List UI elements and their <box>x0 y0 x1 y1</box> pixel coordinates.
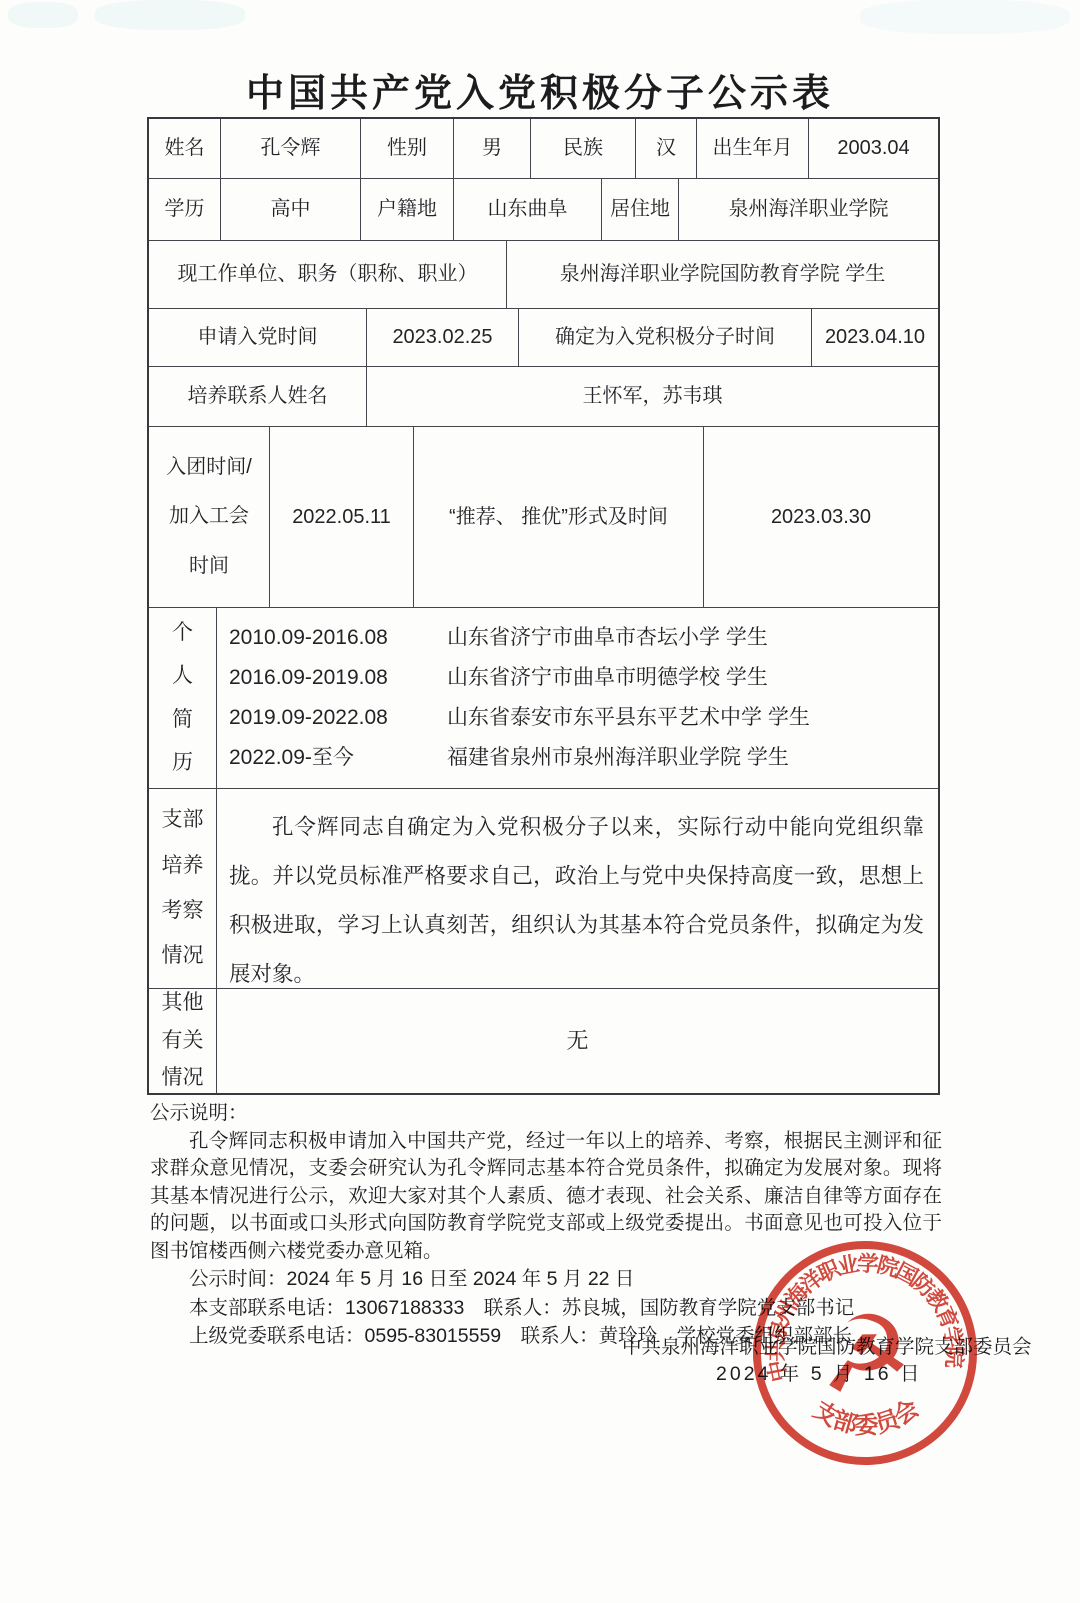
resume-period: 2016.09-2019.08 <box>229 664 447 692</box>
league-time-label: 入团时间/ 加入工会 时间 <box>149 427 270 607</box>
hammer-sickle-icon: ☭ <box>814 1290 916 1418</box>
resume-period: 2022.09-至今 <box>229 744 447 772</box>
scanned-document-page: 中国共产党入党积极分子公示表 姓名 孔令辉 性别 男 民族 汉 出生年月 200… <box>0 0 1080 1603</box>
ethnicity-label: 民族 <box>531 119 636 178</box>
other-label-line: 有关 <box>162 1027 204 1055</box>
resume-label-char: 简 <box>172 706 193 734</box>
league-time-value: 2022.05.11 <box>270 427 414 607</box>
education-value: 高中 <box>221 179 361 240</box>
branch-review-text-cell: 孔令辉同志自确定为入党积极分子以来，实际行动中能向党组织靠拢。并以党员标准严格要… <box>217 789 938 988</box>
residence-label: 居住地 <box>602 179 679 240</box>
table-row: 入团时间/ 加入工会 时间 2022.05.11 “推荐、 推优”形式及时间 2… <box>149 427 938 608</box>
apply-date-value: 2023.02.25 <box>367 309 519 366</box>
scan-artifact <box>95 0 245 30</box>
gender-value: 男 <box>454 119 531 178</box>
league-label-line: 入团时间/ <box>166 454 252 481</box>
sponsor-label: 培养联系人姓名 <box>149 367 367 426</box>
official-seal: 中共泉州海洋职业学院国防教育学院 支部委员会 ☭ <box>737 1225 993 1481</box>
scan-artifact <box>860 0 1070 34</box>
league-label-line: 时间 <box>189 553 229 580</box>
resume-entries: 2010.09-2016.08 山东省济宁市曲阜市杏坛小学 学生 2016.09… <box>217 608 938 788</box>
resume-desc: 山东省济宁市曲阜市杏坛小学 学生 <box>447 624 938 652</box>
recommend-value: 2023.03.30 <box>704 427 938 607</box>
sponsor-value: 王怀军，苏韦琪 <box>367 367 938 426</box>
name-label: 姓名 <box>149 119 221 178</box>
other-label-line: 情况 <box>162 1064 204 1092</box>
confirm-date-value: 2023.04.10 <box>812 309 938 366</box>
page-title: 中国共产党入党积极分子公示表 <box>0 62 1080 117</box>
table-row: 其他 有关 情况 无 <box>149 989 938 1093</box>
notice-heading: 公示说明： <box>150 1100 942 1128</box>
work-unit-label: 现工作单位、职务（职称、职业） <box>149 241 507 308</box>
resume-desc: 山东省济宁市曲阜市明德学校 学生 <box>447 664 938 692</box>
birth-label: 出生年月 <box>697 119 809 178</box>
name-value: 孔令辉 <box>221 119 361 178</box>
resume-entry: 2019.09-2022.08 山东省泰安市东平县东平艺术中学 学生 <box>229 704 938 732</box>
table-row: 申请入党时间 2023.02.25 确定为入党积极分子时间 2023.04.10 <box>149 309 938 367</box>
gender-label: 性别 <box>361 119 454 178</box>
review-label-line: 考察 <box>162 897 204 925</box>
resume-label-char: 人 <box>172 662 193 690</box>
resume-label-char: 个 <box>172 619 193 647</box>
resume-desc: 山东省泰安市东平县东平艺术中学 学生 <box>447 704 938 732</box>
registered-residence-value: 山东曲阜 <box>454 179 602 240</box>
table-row: 现工作单位、职务（职称、职业） 泉州海洋职业学院国防教育学院 学生 <box>149 241 938 309</box>
resume-entry: 2010.09-2016.08 山东省济宁市曲阜市杏坛小学 学生 <box>229 624 938 652</box>
scan-artifact <box>8 2 78 28</box>
resume-entry: 2022.09-至今 福建省泉州市泉州海洋职业学院 学生 <box>229 744 938 772</box>
apply-date-label: 申请入党时间 <box>149 309 367 366</box>
review-label-line: 支部 <box>162 806 204 834</box>
review-label-line: 培养 <box>162 852 204 880</box>
work-unit-value: 泉州海洋职业学院国防教育学院 学生 <box>507 241 938 308</box>
ethnicity-value: 汉 <box>636 119 697 178</box>
resume-label: 个 人 简 历 <box>149 608 217 788</box>
review-label-line: 情况 <box>162 942 204 970</box>
birth-value: 2003.04 <box>809 119 938 178</box>
education-label: 学历 <box>149 179 221 240</box>
applicant-info-table: 姓名 孔令辉 性别 男 民族 汉 出生年月 2003.04 学历 高中 户籍地 … <box>147 117 940 1095</box>
resume-desc: 福建省泉州市泉州海洋职业学院 学生 <box>447 744 938 772</box>
other-label-line: 其他 <box>162 989 204 1017</box>
table-row: 个 人 简 历 2010.09-2016.08 山东省济宁市曲阜市杏坛小学 学生… <box>149 608 938 789</box>
registered-residence-label: 户籍地 <box>361 179 454 240</box>
confirm-date-label: 确定为入党积极分子时间 <box>519 309 812 366</box>
branch-review-label: 支部 培养 考察 情况 <box>149 789 217 988</box>
resume-entry: 2016.09-2019.08 山东省济宁市曲阜市明德学校 学生 <box>229 664 938 692</box>
resume-label-char: 历 <box>172 749 193 777</box>
table-row: 学历 高中 户籍地 山东曲阜 居住地 泉州海洋职业学院 <box>149 179 938 241</box>
resume-period: 2010.09-2016.08 <box>229 624 447 652</box>
recommend-label: “推荐、 推优”形式及时间 <box>414 427 704 607</box>
residence-value: 泉州海洋职业学院 <box>679 179 938 240</box>
table-row: 姓名 孔令辉 性别 男 民族 汉 出生年月 2003.04 <box>149 119 938 179</box>
branch-review-text: 孔令辉同志自确定为入党积极分子以来，实际行动中能向党组织靠拢。并以党员标准严格要… <box>229 803 924 999</box>
league-label-line: 加入工会 <box>169 503 249 530</box>
other-info-value: 无 <box>217 989 938 1093</box>
other-info-label: 其他 有关 情况 <box>149 989 217 1093</box>
table-row: 支部 培养 考察 情况 孔令辉同志自确定为入党积极分子以来，实际行动中能向党组织… <box>149 789 938 989</box>
table-row: 培养联系人姓名 王怀军，苏韦琪 <box>149 367 938 427</box>
resume-period: 2019.09-2022.08 <box>229 704 447 732</box>
